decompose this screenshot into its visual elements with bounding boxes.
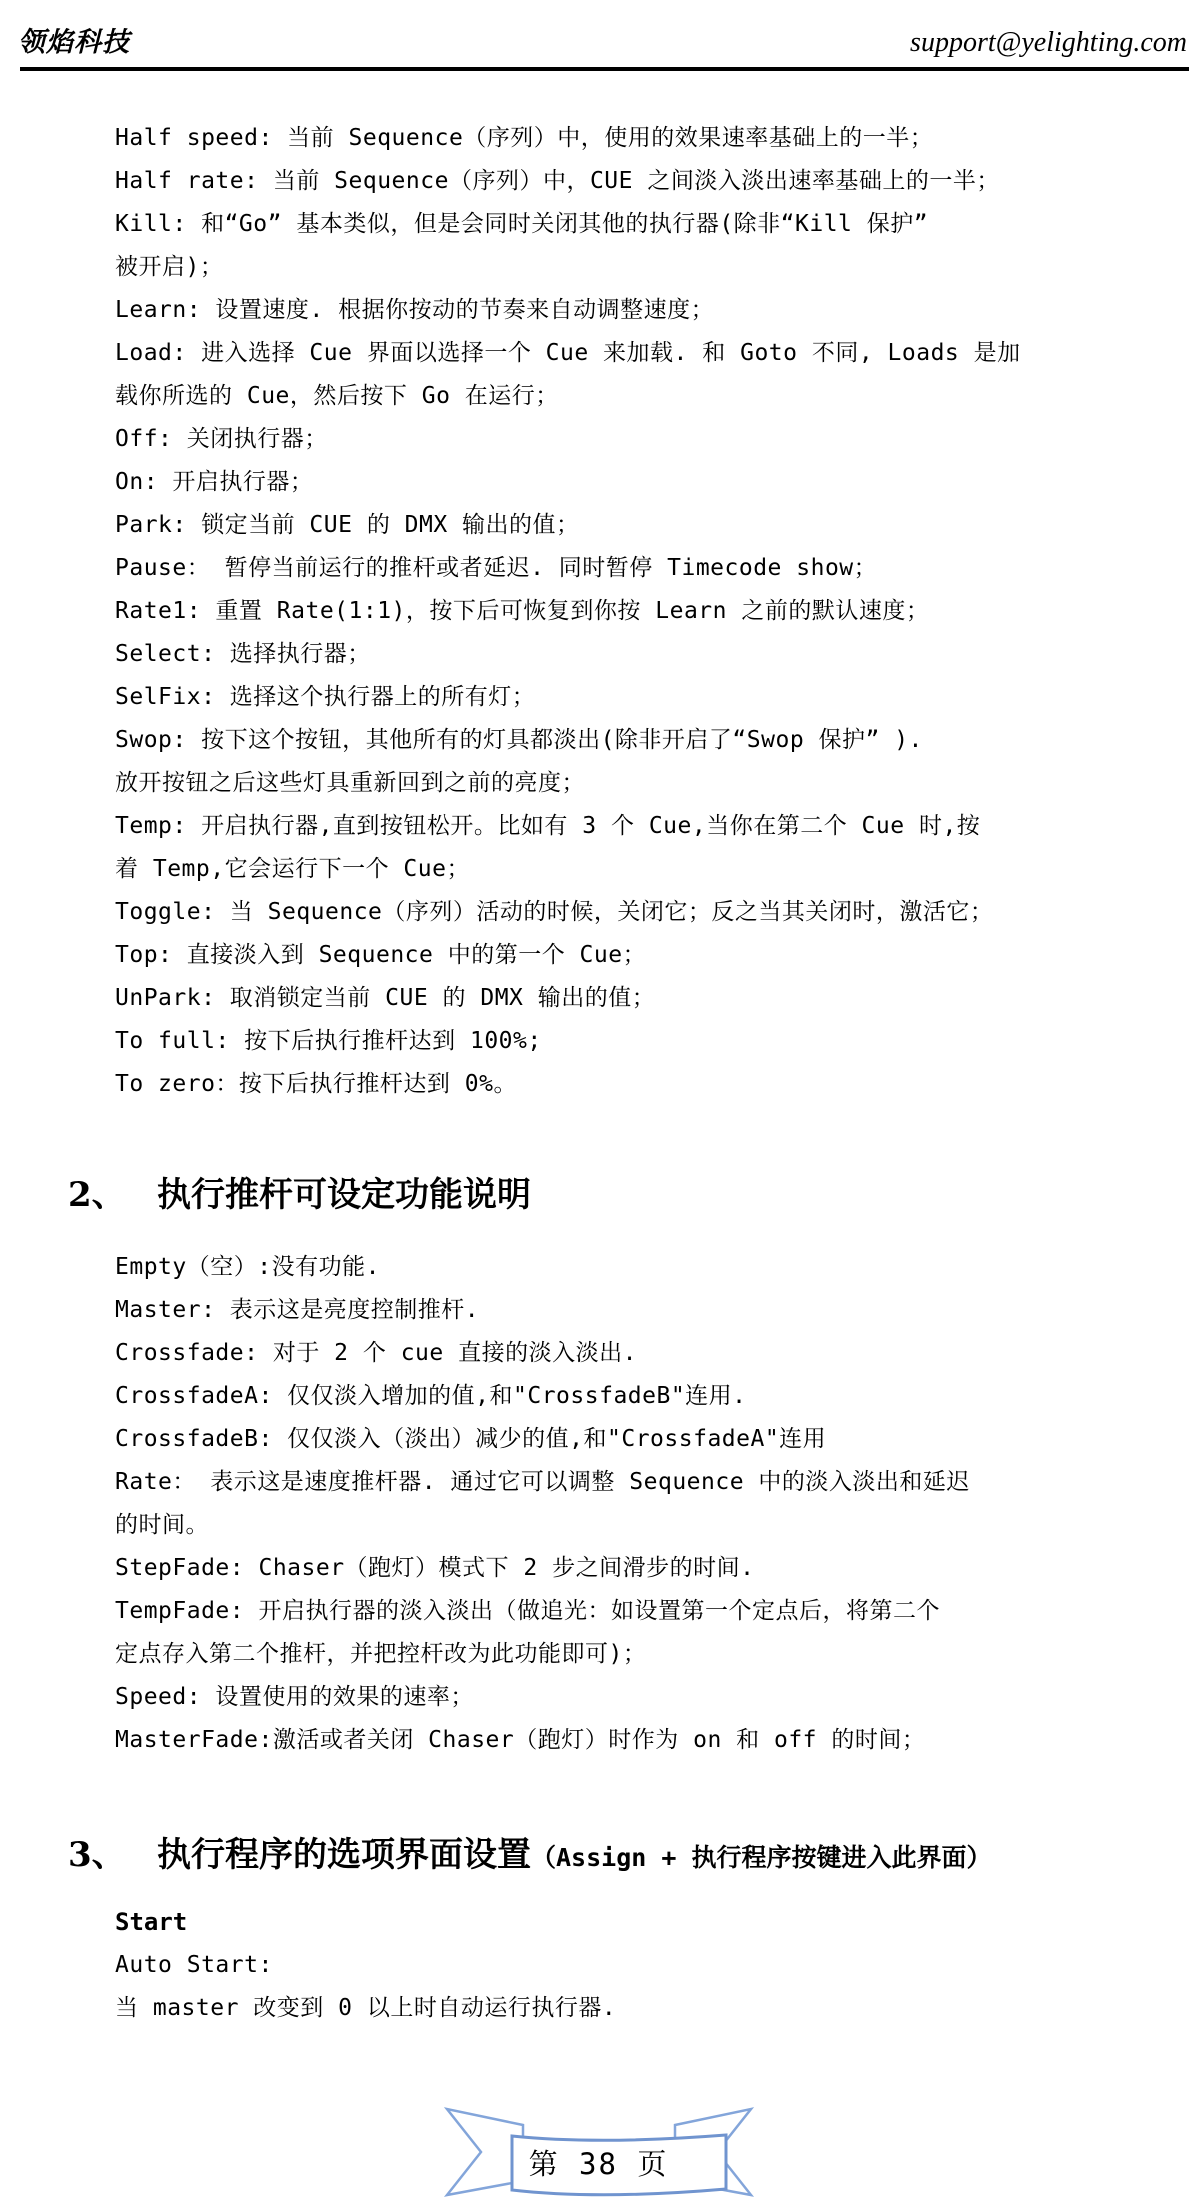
- text-line: 着 Temp,它会运行下一个 Cue；: [115, 848, 1197, 891]
- text-line: Speed: 设置使用的效果的速率；: [115, 1676, 1197, 1719]
- page-footer: 第 38 页: [0, 2092, 1197, 2205]
- text-line: CrossfadeA: 仅仅淡入增加的值,和"CrossfadeB"连用.: [115, 1375, 1197, 1418]
- text-line: Temp: 开启执行器,直到按钮松开。比如有 3 个 Cue,当你在第二个 Cu…: [115, 805, 1197, 848]
- text-line: MasterFade:激活或者关闭 Chaser（跑灯）时作为 on 和 off…: [115, 1719, 1197, 1762]
- section2-heading: 2、执行推杆可设定功能说明: [0, 1170, 1197, 1220]
- text-line: Rate： 表示这是速度推杆器. 通过它可以调整 Sequence 中的淡入淡出…: [115, 1461, 1197, 1504]
- section1-function-list: Half speed: 当前 Sequence（序列）中，使用的效果速率基础上的…: [0, 117, 1197, 1106]
- text-line: CrossfadeB: 仅仅淡入（淡出）减少的值,和"CrossfadeA"连用: [115, 1418, 1197, 1461]
- text-line: Top: 直接淡入到 Sequence 中的第一个 Cue；: [115, 934, 1197, 977]
- text-line: TempFade: 开启执行器的淡入淡出（做追光：如设置第一个定点后，将第二个: [115, 1590, 1197, 1633]
- text-line: Pause： 暂停当前运行的推杆或者延迟. 同时暂停 Timecode show…: [115, 547, 1197, 590]
- text-line: 定点存入第二个推杆，并把控杆改为此功能即可)；: [115, 1633, 1197, 1676]
- text-line: Empty（空）:没有功能.: [115, 1246, 1197, 1289]
- text-line: To zero：按下后执行推杆达到 0%。: [115, 1063, 1197, 1106]
- text-line: 放开按钮之后这些灯具重新回到之前的亮度；: [115, 762, 1197, 805]
- text-line: Learn: 设置速度. 根据你按动的节奏来自动调整速度；: [115, 289, 1197, 332]
- section3-subtitle: （Assign + 执行程序按键进入此界面）: [531, 1843, 991, 1872]
- text-line: 载你所选的 Cue，然后按下 Go 在运行；: [115, 375, 1197, 418]
- page-body: Half speed: 当前 Sequence（序列）中，使用的效果速率基础上的…: [0, 71, 1197, 2030]
- text-line: Half rate: 当前 Sequence（序列）中，CUE 之间淡入淡出速率…: [115, 160, 1197, 203]
- text-line: Park: 锁定当前 CUE 的 DMX 输出的值；: [115, 504, 1197, 547]
- brand-logo-text: 领焰科技: [18, 20, 130, 59]
- page-number-ribbon: 第 38 页: [439, 2092, 759, 2204]
- text-line: Toggle: 当 Sequence（序列）活动的时候，关闭它；反之当其关闭时，…: [115, 891, 1197, 934]
- section2-number: 2、: [68, 1170, 157, 1220]
- section3-heading: 3、执行程序的选项界面设置（Assign + 执行程序按键进入此界面）: [0, 1830, 1197, 1883]
- section2-title: 执行推杆可设定功能说明: [157, 1175, 531, 1215]
- text-line: Rate1: 重置 Rate(1:1)，按下后可恢复到你按 Learn 之前的默…: [115, 590, 1197, 633]
- text-line: Master: 表示这是亮度控制推杆.: [115, 1289, 1197, 1332]
- text-line: To full: 按下后执行推杆达到 100%;: [115, 1020, 1197, 1063]
- text-line: Crossfade: 对于 2 个 cue 直接的淡入淡出.: [115, 1332, 1197, 1375]
- text-line: 当 master 改变到 0 以上时自动运行执行器.: [115, 1987, 1197, 2030]
- text-line: Auto Start:: [115, 1944, 1197, 1987]
- section3-start-label: Start: [0, 1901, 1197, 1944]
- section3-title: 执行程序的选项界面设置: [157, 1835, 531, 1875]
- section3-option-list: Auto Start:当 master 改变到 0 以上时自动运行执行器.: [0, 1944, 1197, 2030]
- document-page: 领焰科技 support@yelighting.com Half speed: …: [0, 0, 1197, 2205]
- text-line: Select: 选择执行器；: [115, 633, 1197, 676]
- text-line: Swop: 按下这个按钮，其他所有的灯具都淡出(除非开启了“Swop 保护” )…: [115, 719, 1197, 762]
- page-header: 领焰科技 support@yelighting.com: [0, 0, 1197, 65]
- section2-function-list: Empty（空）:没有功能.Master: 表示这是亮度控制推杆.Crossfa…: [0, 1246, 1197, 1762]
- text-line: StepFade: Chaser（跑灯）模式下 2 步之间滑步的时间.: [115, 1547, 1197, 1590]
- text-line: Kill: 和“Go” 基本类似，但是会同时关闭其他的执行器(除非“Kill 保…: [115, 203, 1197, 246]
- text-line: Off: 关闭执行器；: [115, 418, 1197, 461]
- text-line: SelFix: 选择这个执行器上的所有灯；: [115, 676, 1197, 719]
- section3-number: 3、: [68, 1830, 157, 1880]
- text-line: On: 开启执行器；: [115, 461, 1197, 504]
- text-line: 被开启)；: [115, 246, 1197, 289]
- text-line: Half speed: 当前 Sequence（序列）中，使用的效果速率基础上的…: [115, 117, 1197, 160]
- text-line: UnPark: 取消锁定当前 CUE 的 DMX 输出的值；: [115, 977, 1197, 1020]
- text-line: Load: 进入选择 Cue 界面以选择一个 Cue 来加载. 和 Goto 不…: [115, 332, 1197, 375]
- text-line: 的时间。: [115, 1504, 1197, 1547]
- support-email: support@yelighting.com: [910, 27, 1187, 59]
- page-number-label: 第 38 页: [529, 2142, 669, 2183]
